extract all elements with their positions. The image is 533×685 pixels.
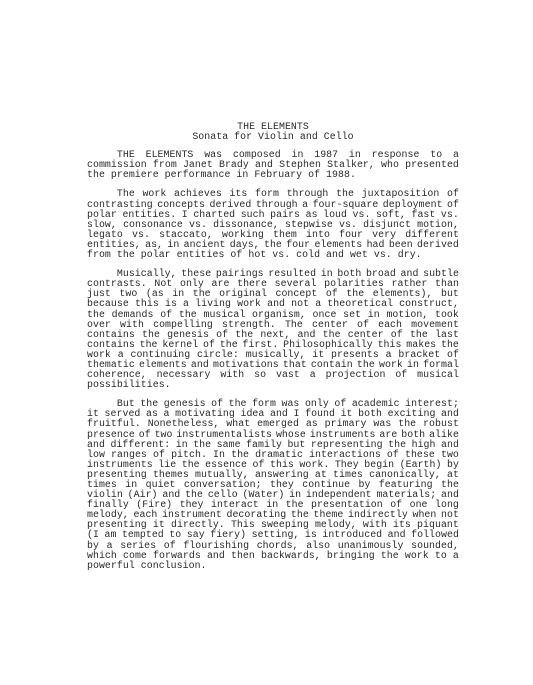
text-line: from the polar entities of hot vs. cold … [87, 250, 459, 260]
document-subtitle: Sonata for Violin and Cello [87, 132, 459, 142]
paragraph: Butthegenesisoftheformwasonlyofacademici… [87, 399, 459, 571]
text-line: the premiere performance in February of … [87, 170, 459, 180]
text-line: becausethisisalivingworkandnotatheoretic… [87, 299, 459, 309]
paragraph: Musically,thesepairingsresultedinbothbro… [87, 269, 459, 390]
text-line: possibilities. [87, 380, 459, 390]
document-page: THE ELEMENTS Sonata for Violin and Cello… [87, 122, 459, 571]
text-line: powerful conclusion. [87, 561, 459, 571]
document-body: THEELEMENTSwascomposedin1987inresponseto… [87, 150, 459, 571]
title-block: THE ELEMENTS Sonata for Violin and Cello [87, 122, 459, 142]
paragraph: THEELEMENTSwascomposedin1987inresponseto… [87, 150, 459, 180]
paragraph: Theworkachievesitsformthroughthejuxtapos… [87, 189, 459, 260]
